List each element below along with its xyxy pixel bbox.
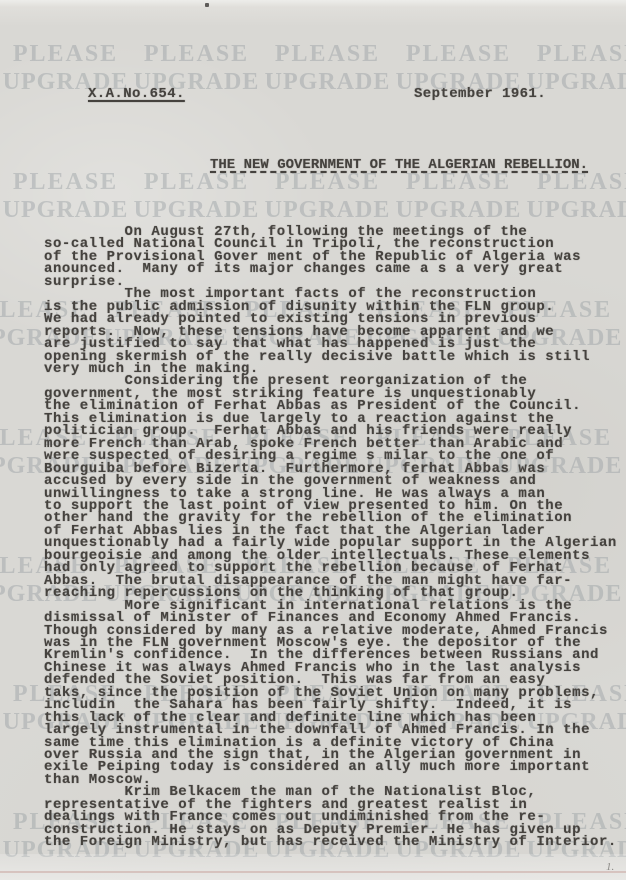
scan-speck	[205, 3, 209, 7]
watermark-upgrade-text: UPGRADE	[393, 198, 524, 222]
watermark-please-text: PLEASE	[262, 42, 393, 66]
watermark-please-text: PLEASE	[131, 170, 262, 194]
watermark-please-text: PLEASE	[524, 42, 626, 66]
watermark-upgrade-text: UPGRADE	[524, 198, 626, 222]
watermark-upgrade-text: UPGRADE	[262, 70, 393, 94]
watermark-please-text: PLEASE	[524, 170, 626, 194]
watermark-please-text: PLEASE	[393, 170, 524, 194]
scan-artifact-line	[0, 871, 626, 873]
document-body: On August 27th, following the meetings o…	[44, 226, 617, 849]
reference-number: X.A.No.654.	[88, 86, 185, 102]
paper-top-edge	[0, 0, 626, 7]
scanned-document-page: PLEASEUPGRADEPLEASEUPGRADEPLEASEUPGRADEP…	[0, 0, 626, 880]
watermark-please-text: PLEASE	[262, 170, 393, 194]
watermark-please-text: PLEASE	[0, 170, 131, 194]
document-title: THE NEW GOVERNMENT OF THE ALGERIAN REBEL…	[210, 157, 588, 173]
watermark-upgrade-text: UPGRADE	[262, 198, 393, 222]
watermark-please-text: PLEASE	[393, 42, 524, 66]
watermark-upgrade-text: UPGRADE	[0, 198, 131, 222]
watermark-upgrade-text: UPGRADE	[131, 198, 262, 222]
paper-bottom-edge	[0, 854, 626, 880]
watermark-please-text: PLEASE	[0, 42, 131, 66]
document-date: September 1961.	[414, 86, 546, 102]
page-number: 1.	[606, 861, 614, 873]
watermark-please-text: PLEASE	[131, 42, 262, 66]
